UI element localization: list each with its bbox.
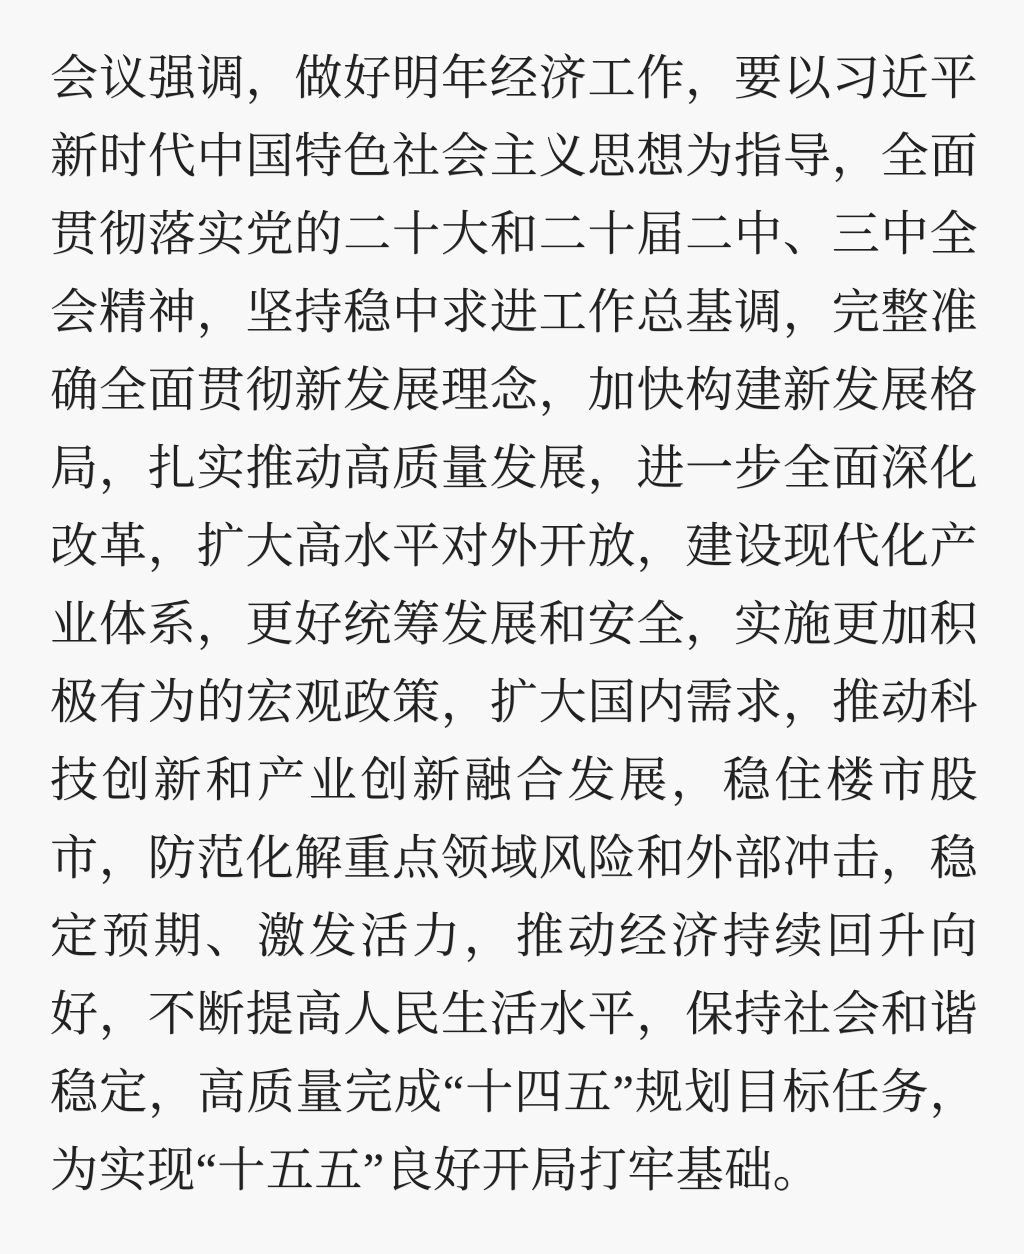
article-paragraph: 会议强调，做好明年经济工作，要以习近平新时代中国特色社会主义思想为指导，全面贯彻… (50, 40, 978, 1210)
article-body: 会议强调，做好明年经济工作，要以习近平新时代中国特色社会主义思想为指导，全面贯彻… (0, 0, 1024, 1254)
page-background: { "page": { "background_color": "#f8f8f8… (0, 0, 1024, 1254)
